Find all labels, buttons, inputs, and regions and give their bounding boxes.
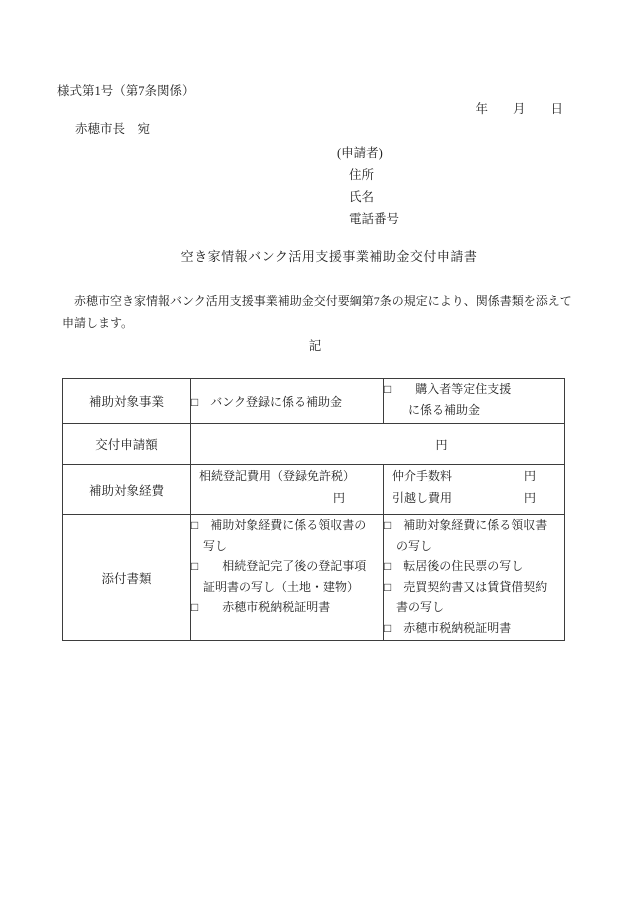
checkbox-line-tax-certificate-b: □ 赤穂市税納税証明書 <box>384 618 564 639</box>
checkbox-line-registration-cert-2: 証明書の写し（土地・建物） <box>191 577 383 598</box>
fees-cell: 仲介手数料 円 引越し費用 円 <box>384 465 565 515</box>
application-form-page: 様式第1号（第7条関係） 年 月 日 赤穂市長 宛 (申請者) 住所 氏名 電話… <box>0 0 630 903</box>
applicant-phone-label: 電話番号 <box>349 212 399 227</box>
applicant-name-label: 氏名 <box>349 190 374 205</box>
checkbox-option-bank-registration: □ バンク登録に係る補助金 <box>191 379 384 424</box>
fee-brokerage-unit: 円 <box>524 465 536 487</box>
fee-brokerage-label: 仲介手数料 <box>392 465 452 487</box>
document-title: 空き家情報バンク活用支援事業補助金交付申請書 <box>0 249 630 264</box>
fee-moving-unit: 円 <box>524 487 536 509</box>
row-label-application-amount: 交付申請額 <box>63 424 191 465</box>
attached-docs-buyer-cell: □ 補助対象経費に係る領収書 の写し □ 転居後の住民票の写し □ 売買契約書又… <box>384 515 565 641</box>
checkbox-line-receipt-copy-2: 写し <box>191 536 383 557</box>
fee-row-moving: 引越し費用 円 <box>384 487 564 509</box>
table-row-target-project: 補助対象事業 □ バンク登録に係る補助金 □ 購入者等定住支援 に係る補助金 <box>63 379 565 424</box>
checkbox-line-buyer-2: に係る補助金 <box>384 400 564 421</box>
form-number: 様式第1号（第7条関係） <box>57 84 195 99</box>
checkbox-line-buyer-1: □ 購入者等定住支援 <box>384 379 564 400</box>
date-line: 年 月 日 <box>475 102 563 117</box>
body-paragraph-line2: 申請します。 <box>62 316 133 331</box>
registry-cost-label: 相続登記費用（登録免許税） <box>191 465 383 487</box>
subsidy-table: 補助対象事業 □ バンク登録に係る補助金 □ 購入者等定住支援 に係る補助金 交… <box>62 378 565 641</box>
attached-docs-bank-cell: □ 補助対象経費に係る領収書の 写し □ 相続登記完了後の登記事項 証明書の写し… <box>191 515 384 641</box>
row-label-attached-documents: 添付書類 <box>63 515 191 641</box>
checkbox-line-sales-contract-2: 書の写し <box>384 597 564 618</box>
body-paragraph-line1: 赤穂市空き家情報バンク活用支援事業補助金交付要綱第7条の規定により、関係書類を添… <box>62 294 572 309</box>
applicant-address-label: 住所 <box>349 168 374 183</box>
checkbox-line-bank: □ バンク登録に係る補助金 <box>191 393 383 410</box>
checkbox-line-receipt-copy-1: □ 補助対象経費に係る領収書の <box>191 515 383 536</box>
table-row-eligible-expenses: 補助対象経費 相続登記費用（登録免許税） 円 仲介手数料 円 引越し費用 円 <box>63 465 565 515</box>
checkbox-line-registration-cert-1: □ 相続登記完了後の登記事項 <box>191 556 383 577</box>
checkbox-line-resident-card: □ 転居後の住民票の写し <box>384 556 564 577</box>
amount-unit-yen: 円 <box>435 438 447 452</box>
table-row-application-amount: 交付申請額 円 <box>63 424 565 465</box>
row-label-eligible-expenses: 補助対象経費 <box>63 465 191 515</box>
table-row-attached-documents: 添付書類 □ 補助対象経費に係る領収書の 写し □ 相続登記完了後の登記事項 証… <box>63 515 565 641</box>
application-amount-cell: 円 <box>191 424 565 465</box>
fee-moving-label: 引越し費用 <box>392 487 452 509</box>
fee-row-brokerage: 仲介手数料 円 <box>384 465 564 487</box>
registry-cost-cell: 相続登記費用（登録免許税） 円 <box>191 465 384 515</box>
addressee: 赤穂市長 宛 <box>75 122 150 137</box>
registry-cost-unit: 円 <box>191 487 383 509</box>
checkbox-line-tax-certificate: □ 赤穂市税納税証明書 <box>191 597 383 618</box>
checkbox-line-receipt-copy-b1: □ 補助対象経費に係る領収書 <box>384 515 564 536</box>
checkbox-line-receipt-copy-b2: の写し <box>384 536 564 557</box>
checkbox-option-buyer-settlement: □ 購入者等定住支援 に係る補助金 <box>384 379 565 424</box>
row-label-target-project: 補助対象事業 <box>63 379 191 424</box>
checkbox-line-sales-contract-1: □ 売買契約書又は賃貸借契約 <box>384 577 564 598</box>
applicant-label: (申請者) <box>337 146 383 161</box>
section-marker: 記 <box>0 339 630 354</box>
